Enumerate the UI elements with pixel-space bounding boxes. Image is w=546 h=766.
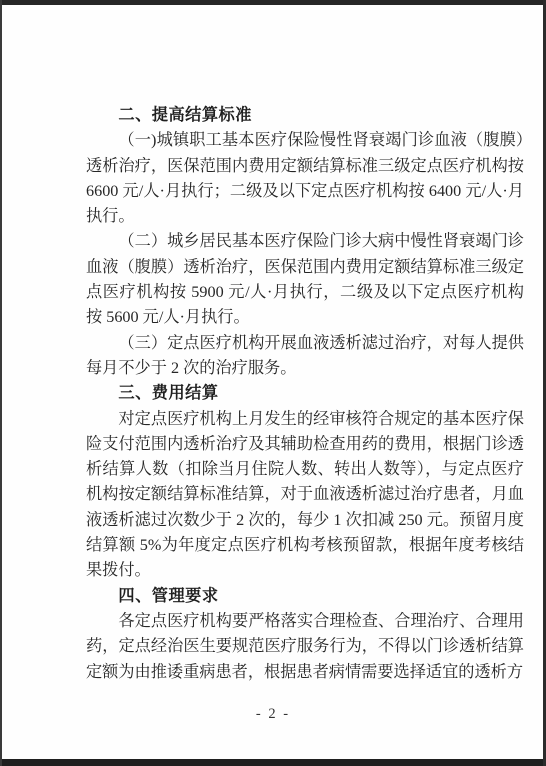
paragraph-employee-insurance-standard: （一)城镇职工基本医疗保险慢性肾衰竭门诊血液（腹膜）透析治疗，医保范围内费用定额… [86,128,524,229]
paragraph-hdf-treatment-frequency: （三）定点医疗机构开展血液透析滤过治疗，对每人提供每月不少于 2 次的治疗服务。 [86,331,524,382]
scan-edge-top [0,0,546,5]
paragraph-fee-settlement: 对定点医疗机构上月发生的经审核符合规定的基本医疗保险支付范围内透析治疗及其辅助检… [86,407,524,584]
section-heading-4: 四、管理要求 [86,584,524,609]
page-number: - 2 - [0,706,546,723]
paragraph-management-requirements: 各定点医疗机构要严格落实合理检查、合理治疗、合理用药，定点经治医生要规范医疗服务… [86,609,524,685]
paragraph-resident-insurance-standard: （二）城乡居民基本医疗保险门诊大病中慢性肾衰竭门诊血液（腹膜）透析治疗，医保范围… [86,229,524,330]
scan-edge-bottom [0,759,546,766]
section-heading-2: 二、提高结算标准 [86,103,524,128]
document-text-body: 二、提高结算标准 （一)城镇职工基本医疗保险慢性肾衰竭门诊血液（腹膜）透析治疗，… [86,103,524,685]
scanned-document-page: 二、提高结算标准 （一)城镇职工基本医疗保险慢性肾衰竭门诊血液（腹膜）透析治疗，… [0,0,546,766]
section-heading-3: 三、费用结算 [86,381,524,406]
scan-edge-left [0,0,2,766]
